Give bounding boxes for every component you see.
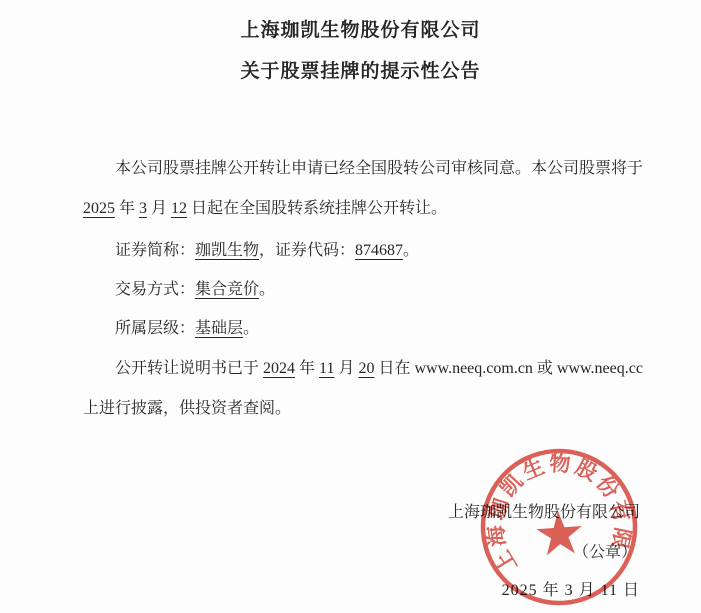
announcement-document: 上海珈凯生物股份有限公司 关于股票挂牌的提示性公告 本公司股票挂牌公开转让申请已…: [0, 0, 701, 613]
announcement-paragraph: 本公司股票挂牌公开转让申请已经全国股转公司审核同意。本公司股票将于2025 年 …: [83, 149, 653, 229]
market-tier-line: 所属层级：基础层。: [83, 309, 653, 349]
company-seal: 上海珈凯生物股份有限公司: [473, 440, 645, 612]
disclosure-paragraph: 公开转让说明书已于 2024 年 11 月 20 日在 www.neeq.com…: [83, 349, 653, 429]
document-subtitle: 关于股票挂牌的提示性公告: [30, 58, 691, 86]
seal-text: 上海珈凯生物股份有限公司: [473, 440, 638, 579]
document-title: 上海珈凯生物股份有限公司: [30, 17, 691, 45]
trading-method-line: 交易方式：集合竞价。: [83, 270, 653, 310]
security-name-line: 证券简称：珈凯生物，证券代码：874687。: [83, 231, 653, 271]
seal-star-icon: [535, 509, 584, 555]
svg-text:上海珈凯生物股份有限公司: 上海珈凯生物股份有限公司: [473, 440, 638, 579]
